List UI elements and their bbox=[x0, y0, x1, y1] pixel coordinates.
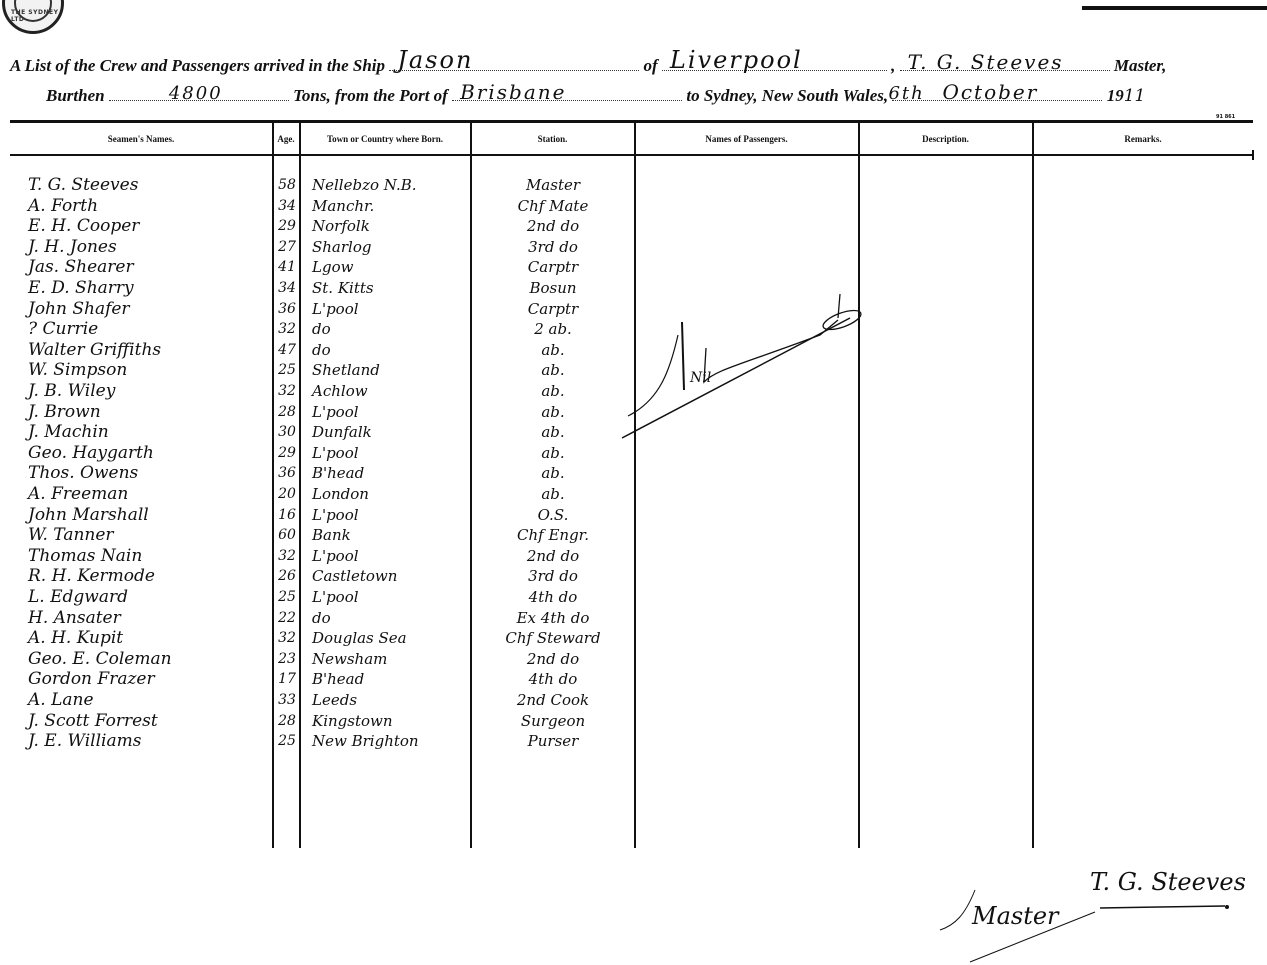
master-name: T. G. Steeves bbox=[908, 50, 1064, 74]
seaman-age: 34 bbox=[275, 279, 299, 297]
seaman-station: Ex 4th do bbox=[478, 609, 628, 627]
seaman-birthplace: Leeds bbox=[312, 691, 470, 709]
seaman-age: 26 bbox=[275, 567, 299, 585]
seaman-birthplace: L'pool bbox=[312, 300, 470, 318]
seaman-station: ab. bbox=[478, 403, 628, 421]
seaman-birthplace: L'pool bbox=[312, 444, 470, 462]
passengers-nil-mark: Nil bbox=[620, 290, 870, 450]
of-label: of bbox=[644, 56, 658, 75]
seaman-age: 20 bbox=[275, 485, 299, 503]
seaman-name: John Marshall bbox=[28, 506, 268, 524]
seaman-station: ab. bbox=[478, 382, 628, 400]
seaman-age: 36 bbox=[275, 464, 299, 482]
port-of-registry-field: Liverpool bbox=[662, 56, 887, 71]
port-of-registry: Liverpool bbox=[670, 46, 803, 74]
seaman-station: ab. bbox=[478, 444, 628, 462]
seaman-birthplace: B'head bbox=[312, 670, 470, 688]
seaman-age: 28 bbox=[275, 403, 299, 421]
column-divider bbox=[1252, 150, 1254, 160]
seaman-station: ab. bbox=[478, 361, 628, 379]
seaman-birthplace: Kingstown bbox=[312, 712, 470, 730]
seaman-birthplace: L'pool bbox=[312, 547, 470, 565]
signature-name: T. G. Steeves bbox=[1090, 868, 1246, 896]
seaman-birthplace: L'pool bbox=[312, 588, 470, 606]
seaman-birthplace: Newsham bbox=[312, 650, 470, 668]
seaman-name: E. H. Cooper bbox=[28, 217, 268, 235]
seaman-age: 32 bbox=[275, 382, 299, 400]
seaman-name: J. H. Jones bbox=[28, 238, 268, 256]
seaman-age: 47 bbox=[275, 341, 299, 359]
seaman-age: 25 bbox=[275, 588, 299, 606]
seaman-station: Bosun bbox=[478, 279, 628, 297]
col-header-passengers: Names of Passengers. bbox=[635, 128, 858, 150]
col-header-remarks: Remarks. bbox=[1033, 128, 1253, 150]
seaman-name: Thomas Nain bbox=[28, 547, 268, 565]
seaman-birthplace: L'pool bbox=[312, 403, 470, 421]
seaman-name: Walter Griffiths bbox=[28, 341, 268, 359]
seaman-name: W. Tanner bbox=[28, 526, 268, 544]
seaman-name: J. Brown bbox=[28, 403, 268, 421]
column-divider bbox=[1032, 123, 1034, 848]
arrival-day: 6th bbox=[888, 83, 924, 104]
master-label: Master, bbox=[1114, 56, 1166, 75]
seaman-name: J. B. Wiley bbox=[28, 382, 268, 400]
seaman-station: 2nd Cook bbox=[478, 691, 628, 709]
top-bar-decoration bbox=[1082, 6, 1267, 10]
seaman-name: ? Currie bbox=[28, 320, 268, 338]
seaman-age: 28 bbox=[275, 712, 299, 730]
seaman-birthplace: London bbox=[312, 485, 470, 503]
seaman-name: A. Freeman bbox=[28, 485, 268, 503]
seaman-station: 2nd do bbox=[478, 217, 628, 235]
from-port-field: Brisbane bbox=[452, 86, 682, 101]
col-header-age: Age. bbox=[273, 128, 299, 150]
seaman-station: 2nd do bbox=[478, 547, 628, 565]
seaman-age: 34 bbox=[275, 197, 299, 215]
seaman-age: 58 bbox=[275, 176, 299, 194]
seaman-birthplace: Norfolk bbox=[312, 217, 470, 235]
seaman-birthplace: L'pool bbox=[312, 506, 470, 524]
seaman-age: 23 bbox=[275, 650, 299, 668]
seaman-station: 4th do bbox=[478, 670, 628, 688]
seaman-age: 60 bbox=[275, 526, 299, 544]
seaman-station: 3rd do bbox=[478, 567, 628, 585]
seaman-age: 17 bbox=[275, 670, 299, 688]
seaman-name: Geo. E. Coleman bbox=[28, 650, 268, 668]
seaman-birthplace: St. Kitts bbox=[312, 279, 470, 297]
seaman-age: 32 bbox=[275, 629, 299, 647]
seaman-birthplace: do bbox=[312, 609, 470, 627]
burthen-label: Burthen bbox=[46, 86, 105, 105]
seaman-station: Carptr bbox=[478, 300, 628, 318]
table-top-rule bbox=[10, 120, 1253, 123]
seaman-name: A. Lane bbox=[28, 691, 268, 709]
seaman-station: 2nd do bbox=[478, 650, 628, 668]
seaman-name: A. H. Kupit bbox=[28, 629, 268, 647]
seaman-birthplace: Dunfalk bbox=[312, 423, 470, 441]
seaman-birthplace: do bbox=[312, 320, 470, 338]
seaman-birthplace: Lgow bbox=[312, 258, 470, 276]
seaman-age: 32 bbox=[275, 547, 299, 565]
seaman-station: ab. bbox=[478, 485, 628, 503]
table-header-rule bbox=[10, 154, 1253, 156]
seaman-station: Purser bbox=[478, 732, 628, 750]
seaman-age: 16 bbox=[275, 506, 299, 524]
col-header-born: Town or Country where Born. bbox=[300, 128, 470, 150]
column-divider bbox=[634, 123, 636, 848]
col-header-description: Description. bbox=[859, 128, 1032, 150]
seaman-birthplace: do bbox=[312, 341, 470, 359]
seaman-birthplace: Shetland bbox=[312, 361, 470, 379]
seaman-name: Gordon Frazer bbox=[28, 670, 268, 688]
seaman-station: Surgeon bbox=[478, 712, 628, 730]
year-suffix: 11 bbox=[1124, 86, 1146, 106]
seaman-station: 2 ab. bbox=[478, 320, 628, 338]
arrival-month: October bbox=[942, 80, 1038, 104]
seaman-birthplace: Nellebzo N.B. bbox=[312, 176, 470, 194]
col-header-station: Station. bbox=[471, 128, 634, 150]
seaman-birthplace: Achlow bbox=[312, 382, 470, 400]
seaman-station: Chf Steward bbox=[478, 629, 628, 647]
seaman-age: 30 bbox=[275, 423, 299, 441]
title-line: A List of the Crew and Passengers arrive… bbox=[10, 56, 1166, 76]
seaman-name: J. Scott Forrest bbox=[28, 712, 268, 730]
column-divider bbox=[858, 123, 860, 848]
seaman-name: Geo. Haygarth bbox=[28, 444, 268, 462]
seaman-name: Thos. Owens bbox=[28, 464, 268, 482]
seaman-birthplace: B'head bbox=[312, 464, 470, 482]
seaman-station: ab. bbox=[478, 341, 628, 359]
seaman-age: 25 bbox=[275, 732, 299, 750]
seaman-birthplace: Douglas Sea bbox=[312, 629, 470, 647]
burthen-field: 4800 bbox=[109, 86, 289, 101]
seaman-age: 32 bbox=[275, 320, 299, 338]
to-label: to Sydney, New South Wales, bbox=[686, 86, 888, 105]
seaman-age: 29 bbox=[275, 217, 299, 235]
seaman-age: 41 bbox=[275, 258, 299, 276]
column-divider bbox=[272, 123, 274, 848]
seaman-station: Chf Engr. bbox=[478, 526, 628, 544]
seaman-age: 27 bbox=[275, 238, 299, 256]
seaman-name: John Shafer bbox=[28, 300, 268, 318]
burthen-line: Burthen 4800 Tons, from the Port of Bris… bbox=[46, 86, 1145, 106]
master-signature: Master T. G. Steeves bbox=[920, 850, 1260, 965]
seaman-station: Carptr bbox=[478, 258, 628, 276]
from-port: Brisbane bbox=[460, 80, 566, 104]
seaman-station: 4th do bbox=[478, 588, 628, 606]
seaman-birthplace: New Brighton bbox=[312, 732, 470, 750]
column-divider bbox=[299, 123, 301, 848]
seaman-name: T. G. Steeves bbox=[28, 176, 268, 194]
seaman-birthplace: Castletown bbox=[312, 567, 470, 585]
svg-text:Nil: Nil bbox=[689, 370, 711, 386]
seaman-station: ab. bbox=[478, 423, 628, 441]
seaman-name: J. E. Williams bbox=[28, 732, 268, 750]
seaman-name: H. Ansater bbox=[28, 609, 268, 627]
seaman-name: R. H. Kermode bbox=[28, 567, 268, 585]
ship-name: Jason bbox=[397, 46, 473, 74]
seaman-age: 25 bbox=[275, 361, 299, 379]
signature-label: Master bbox=[972, 902, 1059, 930]
seaman-name: L. Edgward bbox=[28, 588, 268, 606]
seaman-station: 3rd do bbox=[478, 238, 628, 256]
year-prefix: 19 bbox=[1107, 86, 1124, 105]
seaman-age: 36 bbox=[275, 300, 299, 318]
seaman-name: Jas. Shearer bbox=[28, 258, 268, 276]
seaman-station: Chf Mate bbox=[478, 197, 628, 215]
seaman-birthplace: Bank bbox=[312, 526, 470, 544]
column-divider bbox=[470, 123, 472, 848]
company-seal: THE SYDNEY LTD bbox=[2, 0, 64, 34]
title-prefix: A List of the Crew and Passengers arrive… bbox=[10, 56, 385, 75]
master-name-field: T. G. Steeves bbox=[900, 56, 1110, 71]
arrival-date-field: 6thOctober bbox=[892, 86, 1102, 101]
seaman-age: 29 bbox=[275, 444, 299, 462]
seaman-age: 22 bbox=[275, 609, 299, 627]
col-header-seamens-names: Seamen's Names. bbox=[10, 128, 272, 150]
ship-name-field: Jason bbox=[389, 56, 639, 71]
burthen-value: 4800 bbox=[169, 83, 223, 104]
seaman-name: E. D. Sharry bbox=[28, 279, 268, 297]
seaman-birthplace: Sharlog bbox=[312, 238, 470, 256]
seaman-station: ab. bbox=[478, 464, 628, 482]
seal-text: THE SYDNEY LTD bbox=[11, 9, 61, 23]
seaman-station: Master bbox=[478, 176, 628, 194]
seaman-birthplace: Manchr. bbox=[312, 197, 470, 215]
tons-label: Tons, from the Port of bbox=[293, 86, 448, 105]
seaman-age: 33 bbox=[275, 691, 299, 709]
seaman-name: W. Simpson bbox=[28, 361, 268, 379]
seaman-name: J. Machin bbox=[28, 423, 268, 441]
seaman-station: O.S. bbox=[478, 506, 628, 524]
seaman-name: A. Forth bbox=[28, 197, 268, 215]
